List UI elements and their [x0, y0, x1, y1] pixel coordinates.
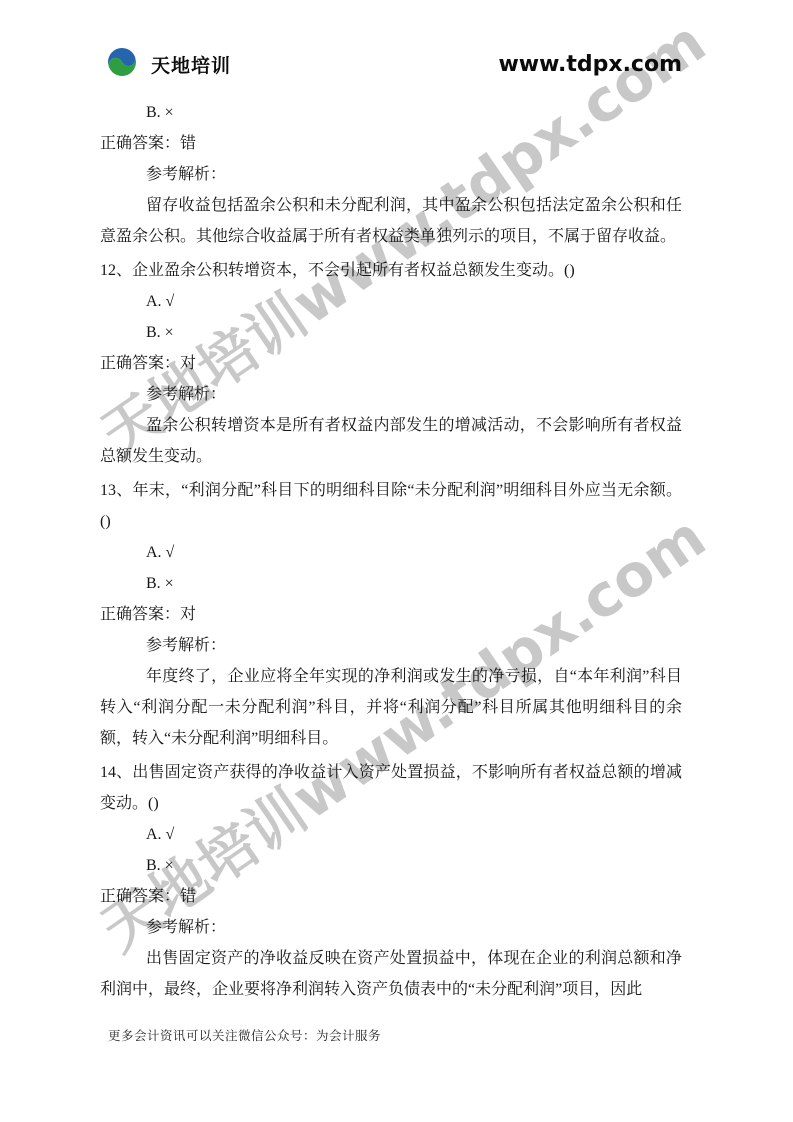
option-a: A. √: [100, 537, 682, 568]
question-12: 12、企业盈余公积转增资本，不会引起所有者权益总额发生变动。(): [100, 255, 682, 286]
footer-note: 更多会计资讯可以关注微信公众号：为会计服务: [108, 1026, 381, 1044]
answer-line: 正确答案：对: [100, 348, 682, 379]
option-b: B. ×: [100, 97, 682, 128]
option-b: B. ×: [100, 568, 682, 599]
analysis-label: 参考解析：: [100, 159, 682, 190]
site-url: www.tdpx.com: [498, 52, 682, 77]
analysis-label: 参考解析：: [100, 379, 682, 410]
answer-line: 正确答案：对: [100, 599, 682, 630]
analysis-text: 年度终了，企业应将全年实现的净利润或发生的净亏损，自“本年利润”科目转入“利润分…: [100, 661, 682, 754]
analysis-text: 出售固定资产的净收益反映在资产处置损益中，体现在企业的利润总额和净利润中，最终，…: [100, 943, 682, 1005]
question-13: 13、年末，“利润分配”科目下的明细科目除“未分配利润”明细科目外应当无余额。(…: [100, 475, 682, 537]
logo-text: 天地培训: [151, 51, 231, 78]
analysis-text: 盈余公积转增资本是所有者权益内部发生的增减活动，不会影响所有者权益总额发生变动。: [100, 410, 682, 472]
document-page: 天地培训www.tdpx.com 天地培训www.tdpx.com 天地培训 w…: [0, 0, 793, 1122]
answer-line: 正确答案：错: [100, 128, 682, 159]
analysis-label: 参考解析：: [100, 912, 682, 943]
option-b: B. ×: [100, 317, 682, 348]
answer-line: 正确答案：错: [100, 881, 682, 912]
analysis-text: 留存收益包括盈余公积和未分配利润，其中盈余公积包括法定盈余公积和任意盈余公积。其…: [100, 190, 682, 252]
logo-swirl-icon: [100, 42, 144, 87]
page-header: 天地培训 www.tdpx.com: [100, 40, 682, 88]
option-b: B. ×: [100, 850, 682, 881]
document-content: B. × 正确答案：错 参考解析： 留存收益包括盈余公积和未分配利润，其中盈余公…: [100, 97, 682, 1005]
option-a: A. √: [100, 819, 682, 850]
logo: 天地培训: [100, 42, 231, 87]
option-a: A. √: [100, 286, 682, 317]
question-14: 14、出售固定资产获得的净收益计入资产处置损益，不影响所有者权益总额的增减变动。…: [100, 757, 682, 819]
analysis-label: 参考解析：: [100, 630, 682, 661]
